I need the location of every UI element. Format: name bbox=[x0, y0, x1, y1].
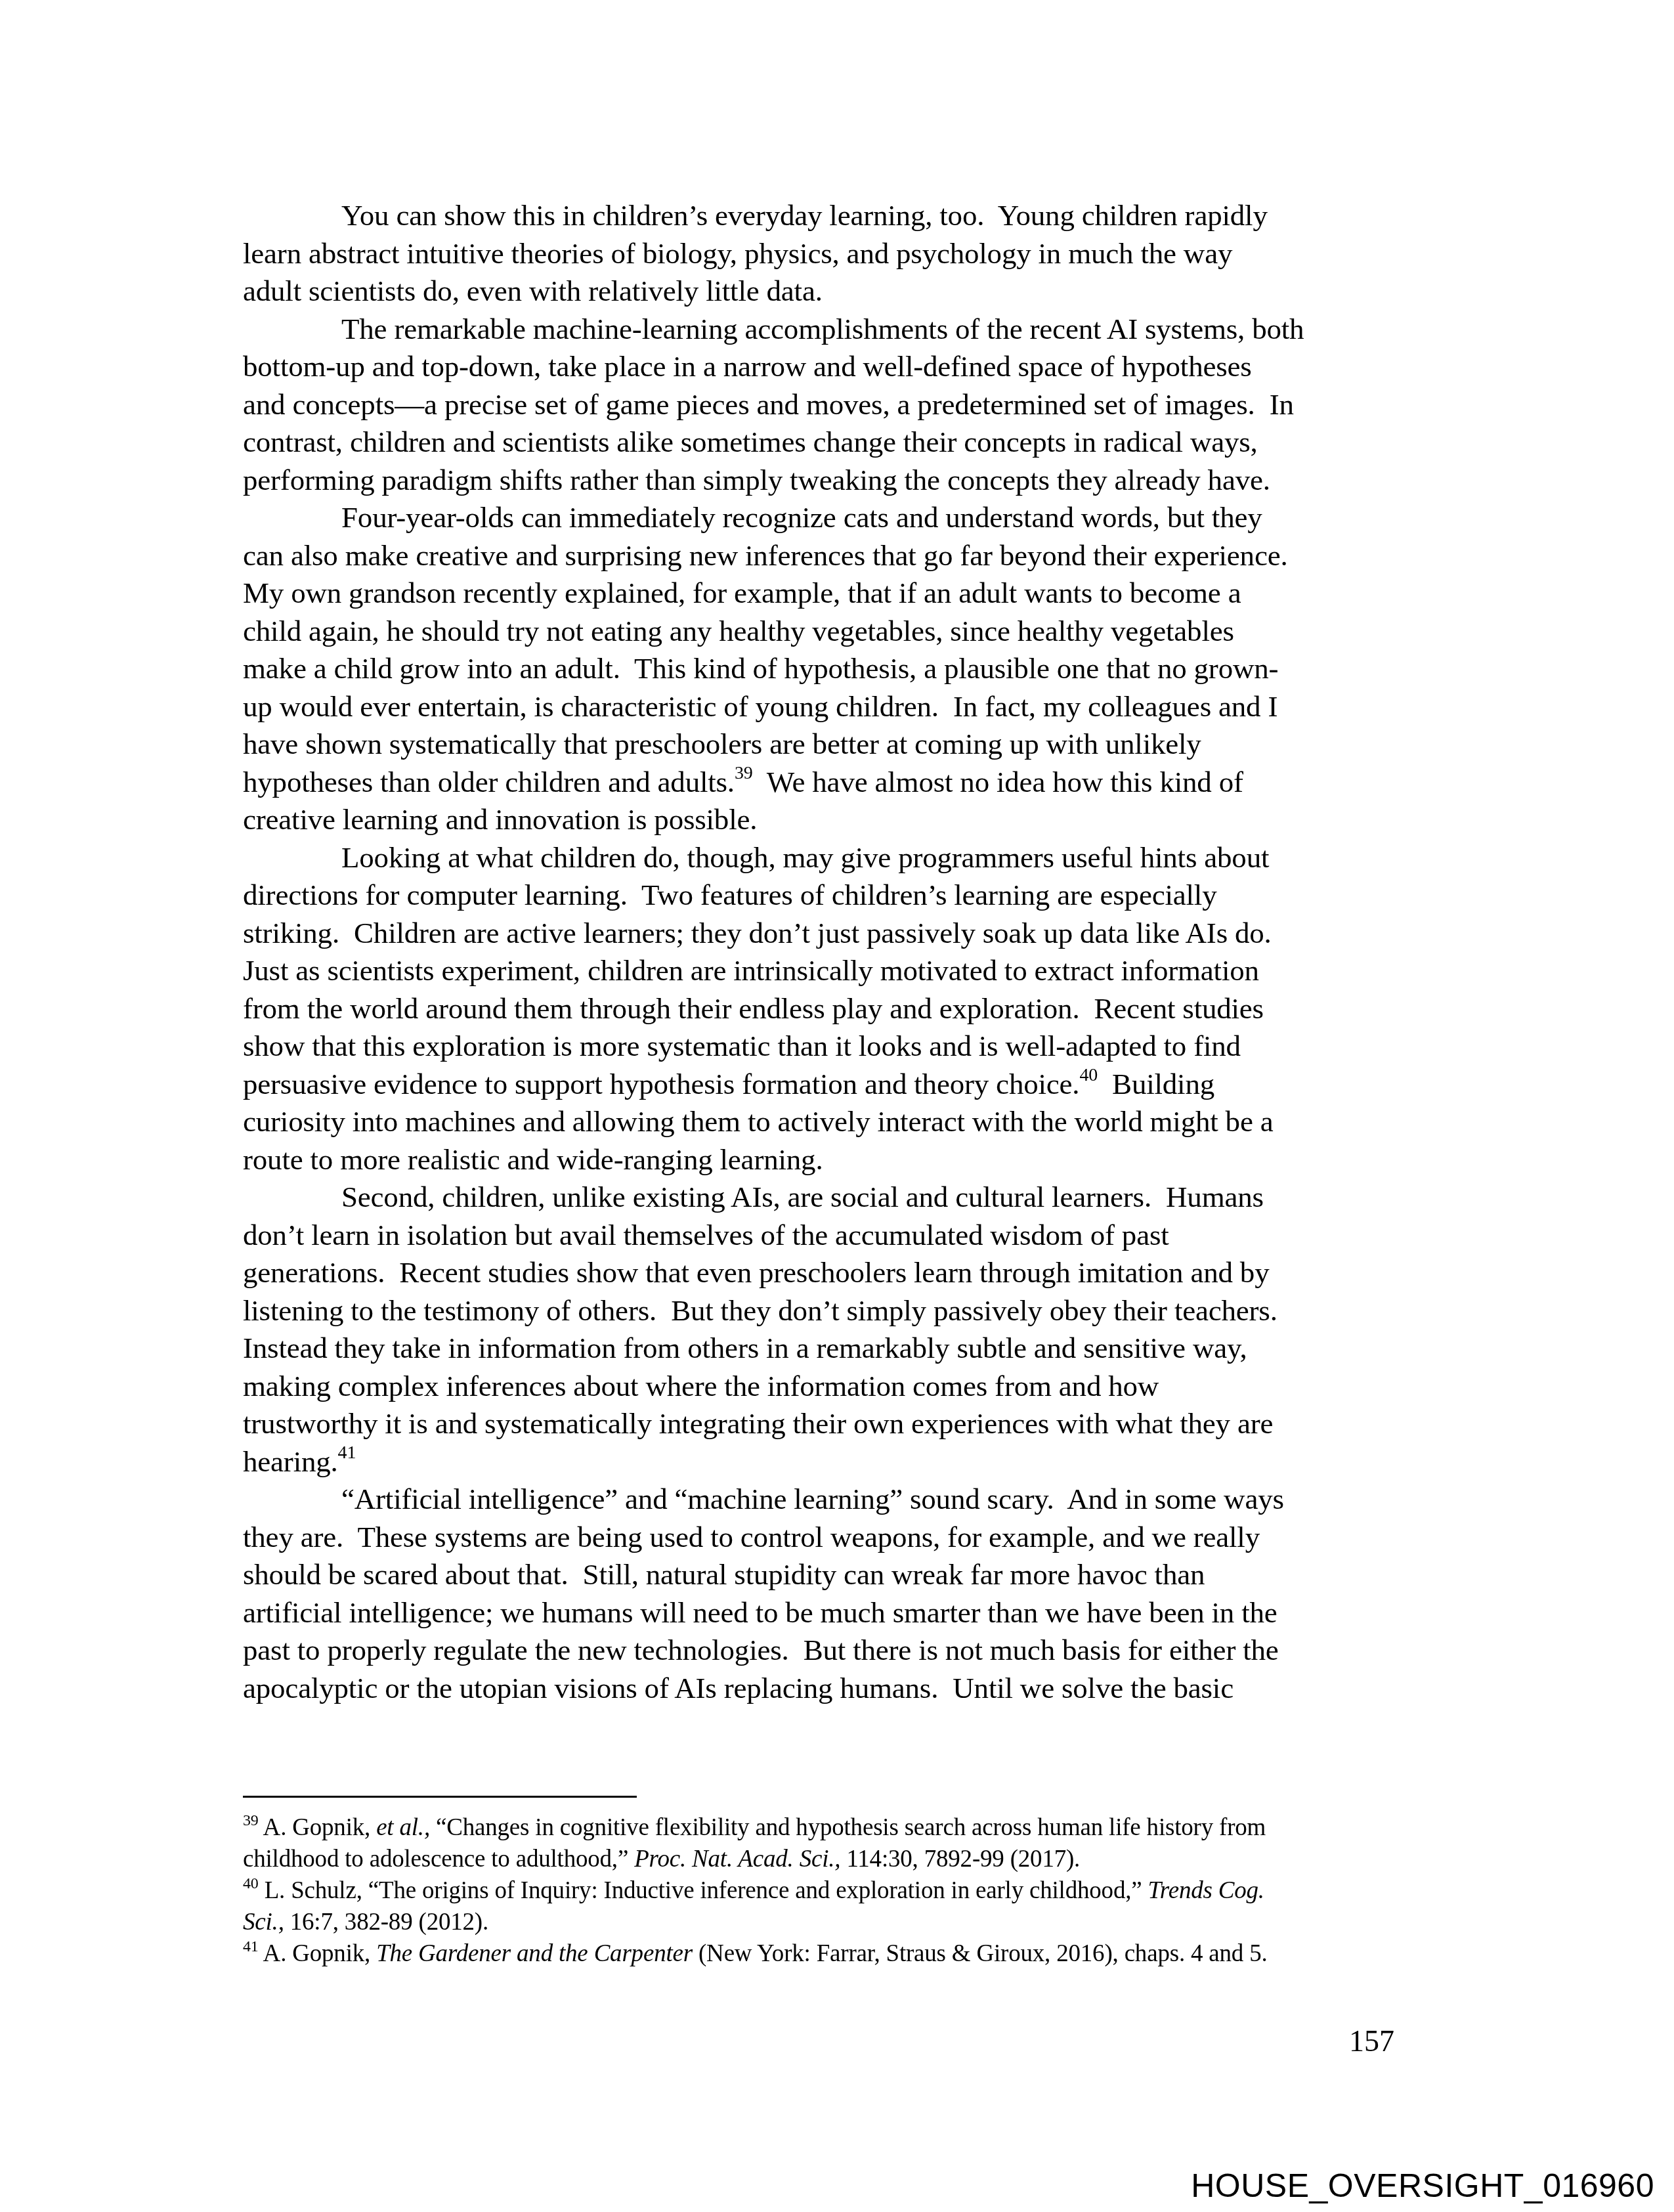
text-line: they are. These systems are being used t… bbox=[243, 1519, 1431, 1557]
bates-number: HOUSE_OVERSIGHT_016960 bbox=[1191, 2167, 1654, 2205]
text-line: curiosity into machines and allowing the… bbox=[243, 1103, 1431, 1141]
text-line: listening to the testimony of others. Bu… bbox=[243, 1292, 1431, 1330]
text-line: You can show this in children’s everyday… bbox=[243, 197, 1431, 235]
text-line: don’t learn in isolation but avail thems… bbox=[243, 1217, 1431, 1255]
text-line: striking. Children are active learners; … bbox=[243, 915, 1431, 953]
text-line: up would ever entertain, is characterist… bbox=[243, 688, 1431, 726]
text-line: make a child grow into an adult. This ki… bbox=[243, 650, 1431, 688]
footnote-reference[interactable]: 39 bbox=[735, 763, 753, 783]
text-line: The remarkable machine-learning accompli… bbox=[243, 311, 1431, 349]
text-line: route to more realistic and wide-ranging… bbox=[243, 1141, 1431, 1179]
text-line: show that this exploration is more syste… bbox=[243, 1028, 1431, 1066]
footnote-reference[interactable]: 40 bbox=[1079, 1065, 1098, 1085]
text-line: “Artificial intelligence” and “machine l… bbox=[243, 1481, 1431, 1519]
footnote-39-line-1: 39 A. Gopnik, et al., “Changes in cognit… bbox=[243, 1812, 1431, 1844]
text-line: child again, he should try not eating an… bbox=[243, 613, 1431, 651]
body-text: You can show this in children’s everyday… bbox=[243, 197, 1431, 1707]
text-line: learn abstract intuitive theories of bio… bbox=[243, 235, 1431, 273]
text-line: Instead they take in information from ot… bbox=[243, 1330, 1431, 1368]
text-line: hypotheses than older children and adult… bbox=[243, 764, 1431, 802]
text-line: past to properly regulate the new techno… bbox=[243, 1632, 1431, 1670]
footnote-40-line-1: 40 L. Schulz, “The origins of Inquiry: I… bbox=[243, 1875, 1431, 1907]
text-line: generations. Recent studies show that ev… bbox=[243, 1254, 1431, 1292]
text-line: should be scared about that. Still, natu… bbox=[243, 1556, 1431, 1594]
footnote-39-line-2: childhood to adolescence to adulthood,” … bbox=[243, 1844, 1431, 1875]
text-line: performing paradigm shifts rather than s… bbox=[243, 462, 1431, 500]
text-line: artificial intelligence; we humans will … bbox=[243, 1594, 1431, 1632]
text-line: Just as scientists experiment, children … bbox=[243, 952, 1431, 990]
footnote-reference[interactable]: 41 bbox=[338, 1442, 356, 1463]
text-line: can also make creative and surprising ne… bbox=[243, 537, 1431, 575]
text-line: persuasive evidence to support hypothesi… bbox=[243, 1066, 1431, 1104]
text-line: apocalyptic or the utopian visions of AI… bbox=[243, 1670, 1431, 1708]
text-line: contrast, children and scientists alike … bbox=[243, 423, 1431, 462]
text-line: directions for computer learning. Two fe… bbox=[243, 877, 1431, 915]
footnote-40-line-2: Sci., 16:7, 382-89 (2012). bbox=[243, 1907, 1431, 1938]
page-number: 157 bbox=[1349, 2024, 1394, 2058]
text-line: Four-year-olds can immediately recognize… bbox=[243, 499, 1431, 537]
text-line: creative learning and innovation is poss… bbox=[243, 801, 1431, 839]
text-line: hearing.41 bbox=[243, 1443, 1431, 1481]
footnote-41-line-1: 41 A. Gopnik, The Gardener and the Carpe… bbox=[243, 1938, 1431, 1970]
text-line: have shown systematically that preschool… bbox=[243, 726, 1431, 764]
text-line: bottom-up and top-down, take place in a … bbox=[243, 348, 1431, 386]
text-line: trustworthy it is and systematically int… bbox=[243, 1405, 1431, 1443]
text-line: making complex inferences about where th… bbox=[243, 1368, 1431, 1406]
footnotes: 39 A. Gopnik, et al., “Changes in cognit… bbox=[243, 1812, 1431, 1970]
footnote-divider bbox=[243, 1796, 637, 1798]
text-line: My own grandson recently explained, for … bbox=[243, 575, 1431, 613]
text-line: Second, children, unlike existing AIs, a… bbox=[243, 1179, 1431, 1217]
text-line: adult scientists do, even with relativel… bbox=[243, 272, 1431, 311]
text-line: from the world around them through their… bbox=[243, 990, 1431, 1028]
text-line: and concepts—a precise set of game piece… bbox=[243, 386, 1431, 424]
text-line: Looking at what children do, though, may… bbox=[243, 839, 1431, 877]
